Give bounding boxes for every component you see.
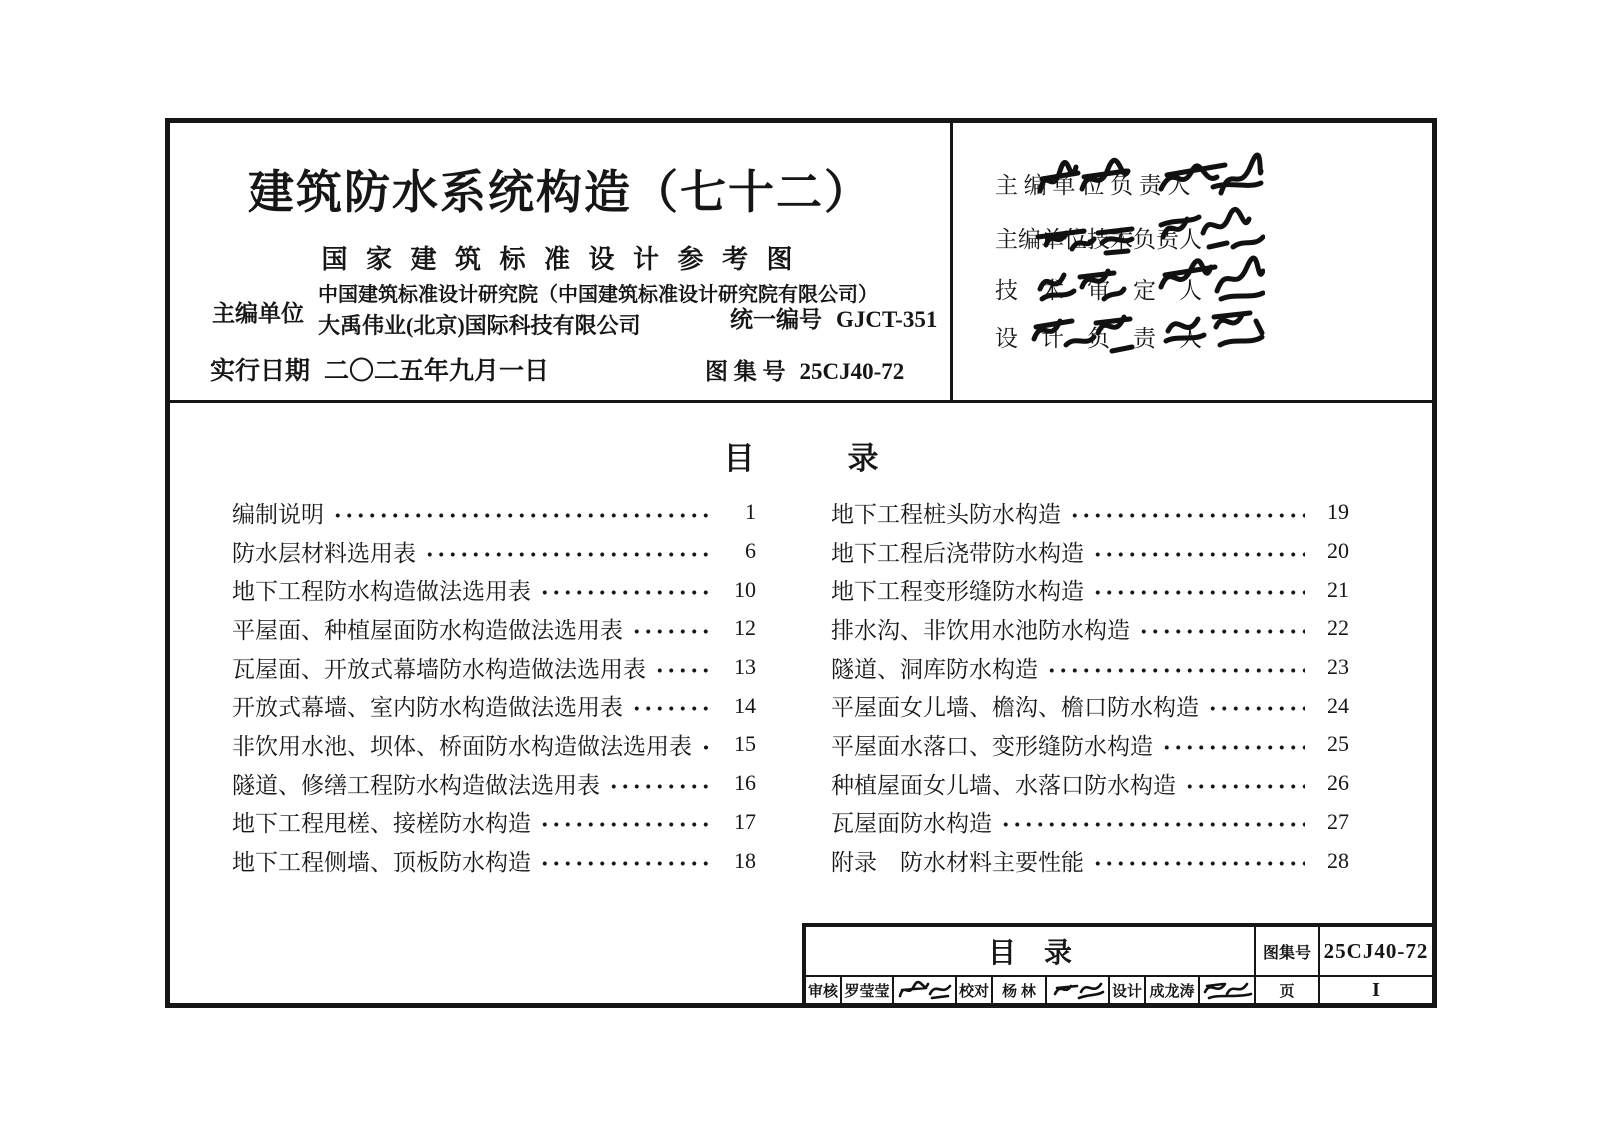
signature-graphic [1155, 149, 1265, 207]
reviewer-label: 审核 [806, 977, 840, 1003]
atlas-number-label: 图集号 [1254, 927, 1318, 975]
effective-date-label: 实行日期 [210, 358, 310, 385]
toc-entry-row: 隧道、洞库防水构造 23 [831, 648, 1349, 687]
toc-dot-leader [700, 744, 712, 751]
toc-entry-title: 地下工程侧墙、顶板防水构造 [232, 844, 531, 877]
toc-entry-page: 28 [1313, 848, 1349, 874]
toc-entry-title: 地下工程甩槎、接槎防水构造 [232, 805, 531, 838]
editor-unit-label: 主编单位 [212, 295, 304, 328]
effective-date-row: 实行日期二〇二五年九月一日 [210, 351, 549, 387]
toc-entry-page: 27 [1313, 809, 1349, 835]
toc-entry-row: 地下工程桩头防水构造 19 [831, 493, 1349, 532]
toc-dot-leader [539, 860, 712, 867]
atlas-number-row: 图 集 号25CJ40-72 [705, 353, 904, 386]
toc-entry-title: 瓦屋面防水构造 [831, 805, 992, 838]
toc-entry-page: 22 [1313, 615, 1349, 641]
signature-graphic [1032, 259, 1127, 311]
toc-entry-page: 1 [720, 499, 756, 525]
toc-title: 目 录 [170, 433, 1432, 478]
toc-dot-leader [1184, 783, 1305, 790]
toc-entry-page: 23 [1313, 654, 1349, 680]
toc-entry-page: 20 [1313, 538, 1349, 564]
toc-dot-leader [424, 551, 712, 558]
signature-graphic [1028, 305, 1138, 359]
toc-entry-row: 地下工程防水构造做法选用表 10 [232, 570, 756, 609]
signature-graphic [892, 977, 955, 1003]
toc-entry-title: 瓦屋面、开放式幕墙防水构造做法选用表 [232, 651, 646, 684]
document-page: 建筑防水系统构造（七十二） 国 家 建 筑 标 准 设 计 参 考 图 主编单位… [0, 0, 1600, 1131]
toc-right-column: 地下工程桩头防水构造 19 地下工程后浇带防水构造 20 地下工程变形缝防水构造… [831, 493, 1349, 880]
toc-entry-page: 14 [720, 693, 756, 719]
toc-entry-title: 平屋面水落口、变形缝防水构造 [831, 728, 1153, 761]
toc-entry-title: 平屋面、种植屋面防水构造做法选用表 [232, 612, 623, 645]
unified-number-row: 统一编号GJCT-351 [730, 301, 937, 334]
page-title: 建筑防水系统构造（七十二） [170, 156, 950, 222]
toc-entry-page: 26 [1313, 770, 1349, 796]
toc-entry-row: 隧道、修缮工程防水构造做法选用表 16 [232, 764, 756, 803]
checker-label: 校对 [955, 977, 991, 1003]
toc-dot-leader [332, 512, 712, 519]
toc-entry-row: 排水沟、非饮用水池防水构造 22 [831, 609, 1349, 648]
sheet-title: 目 录 [806, 927, 1254, 975]
toc-dot-leader [539, 821, 712, 828]
toc-entry-row: 平屋面、种植屋面防水构造做法选用表 12 [232, 609, 756, 648]
toc-entry-row: 地下工程变形缝防水构造 21 [831, 570, 1349, 609]
toc-dot-leader [654, 667, 712, 674]
toc-entry-page: 17 [720, 809, 756, 835]
toc-dot-leader [631, 705, 712, 712]
toc-dot-leader [1092, 551, 1305, 558]
toc-dot-leader [1138, 628, 1305, 635]
atlas-number-label: 图 集 号 [705, 359, 786, 384]
toc-entry-page: 21 [1313, 577, 1349, 603]
toc-entry-row: 防水层材料选用表 6 [232, 532, 756, 571]
toc-entry-page: 6 [720, 538, 756, 564]
unified-number-value: GJCT-351 [836, 307, 937, 332]
toc-entry-page: 16 [720, 770, 756, 796]
toc-entry-page: 15 [720, 731, 756, 757]
toc-entry-title: 种植屋面女儿墙、水落口防水构造 [831, 767, 1176, 800]
toc-entry-row: 附录 防水材料主要性能 28 [831, 841, 1349, 880]
unified-number-label: 统一编号 [730, 307, 822, 332]
effective-date-value: 二〇二五年九月一日 [324, 358, 549, 385]
checker-name: 杨 林 [991, 977, 1045, 1003]
toc-entry-row: 种植屋面女儿墙、水落口防水构造 26 [831, 764, 1349, 803]
page-number: I [1318, 977, 1432, 1003]
toc-dot-leader [1161, 744, 1305, 751]
toc-entry-row: 非饮用水池、坝体、桥面防水构造做法选用表 15 [232, 725, 756, 764]
toc-dot-leader [1000, 821, 1305, 828]
page-label: 页 [1254, 977, 1318, 1003]
toc-entry-title: 地下工程防水构造做法选用表 [232, 573, 531, 606]
toc-entry-title: 地下工程后浇带防水构造 [831, 535, 1084, 568]
toc-entry-page: 18 [720, 848, 756, 874]
toc-entry-title: 平屋面女儿墙、檐沟、檐口防水构造 [831, 689, 1199, 722]
toc-entry-title: 编制说明 [232, 496, 324, 529]
toc-left-column: 编制说明 1 防水层材料选用表 6 地下工程防水构造做法选用表 10 [232, 493, 756, 880]
signature-graphic [1045, 977, 1108, 1003]
atlas-number-value: 25CJ40-72 [800, 359, 905, 384]
toc-entry-page: 10 [720, 577, 756, 603]
reviewer-name: 罗莹莹 [840, 977, 892, 1003]
toc-dot-leader [1069, 512, 1305, 519]
toc-entry-row: 地下工程后浇带防水构造 20 [831, 532, 1349, 571]
header-horizontal-divider [170, 400, 1432, 403]
toc-dot-leader [1046, 667, 1305, 674]
toc-entry-page: 19 [1313, 499, 1349, 525]
toc-entry-page: 12 [720, 615, 756, 641]
toc-entry-page: 25 [1313, 731, 1349, 757]
toc-entry-title: 非饮用水池、坝体、桥面防水构造做法选用表 [232, 728, 692, 761]
header-vertical-divider [950, 123, 953, 400]
toc-dot-leader [608, 783, 712, 790]
toc-entry-row: 开放式幕墙、室内防水构造做法选用表 14 [232, 686, 756, 725]
toc-entry-title: 附录 防水材料主要性能 [831, 844, 1084, 877]
designer-name: 成龙涛 [1144, 977, 1198, 1003]
toc-entry-title: 地下工程桩头防水构造 [831, 496, 1061, 529]
signature-graphic [1032, 209, 1137, 263]
toc-entry-row: 编制说明 1 [232, 493, 756, 532]
toc-entry-row: 地下工程侧墙、顶板防水构造 18 [232, 841, 756, 880]
page-subtitle: 国 家 建 筑 标 准 设 计 参 考 图 [170, 239, 950, 276]
title-block: 目 录 图集号 25CJ40-72 审核 罗莹莹 校对 杨 林 设计 成龙涛 [802, 923, 1432, 1003]
toc-dot-leader [1092, 860, 1305, 867]
signature-graphic [1198, 977, 1254, 1003]
signature-graphic [1160, 301, 1265, 355]
toc-entry-title: 地下工程变形缝防水构造 [831, 573, 1084, 606]
designer-label: 设计 [1108, 977, 1144, 1003]
toc-entry-title: 隧道、修缮工程防水构造做法选用表 [232, 767, 600, 800]
toc-entry-row: 瓦屋面、开放式幕墙防水构造做法选用表 13 [232, 648, 756, 687]
drawing-frame: 建筑防水系统构造（七十二） 国 家 建 筑 标 准 设 计 参 考 图 主编单位… [165, 118, 1437, 1008]
toc-entry-row: 瓦屋面防水构造 27 [831, 803, 1349, 842]
toc-entry-row: 平屋面女儿墙、檐沟、檐口防水构造 24 [831, 686, 1349, 725]
toc-entry-row: 平屋面水落口、变形缝防水构造 25 [831, 725, 1349, 764]
toc-entry-title: 排水沟、非饮用水池防水构造 [831, 612, 1130, 645]
toc-dot-leader [1092, 589, 1305, 596]
toc-entry-title: 开放式幕墙、室内防水构造做法选用表 [232, 689, 623, 722]
toc-dot-leader [539, 589, 712, 596]
atlas-number-value: 25CJ40-72 [1318, 927, 1432, 975]
signature-graphic [1032, 155, 1132, 207]
toc-entry-title: 防水层材料选用表 [232, 535, 416, 568]
toc-entry-page: 13 [720, 654, 756, 680]
title-block-top-row: 目 录 图集号 25CJ40-72 [806, 927, 1432, 977]
toc-entry-row: 地下工程甩槎、接槎防水构造 17 [232, 803, 756, 842]
toc-entry-title: 隧道、洞库防水构造 [831, 651, 1038, 684]
toc-entry-page: 24 [1313, 693, 1349, 719]
toc-dot-leader [631, 628, 712, 635]
title-block-bottom-row: 审核 罗莹莹 校对 杨 林 设计 成龙涛 页 I [806, 977, 1432, 1003]
toc-dot-leader [1207, 705, 1305, 712]
